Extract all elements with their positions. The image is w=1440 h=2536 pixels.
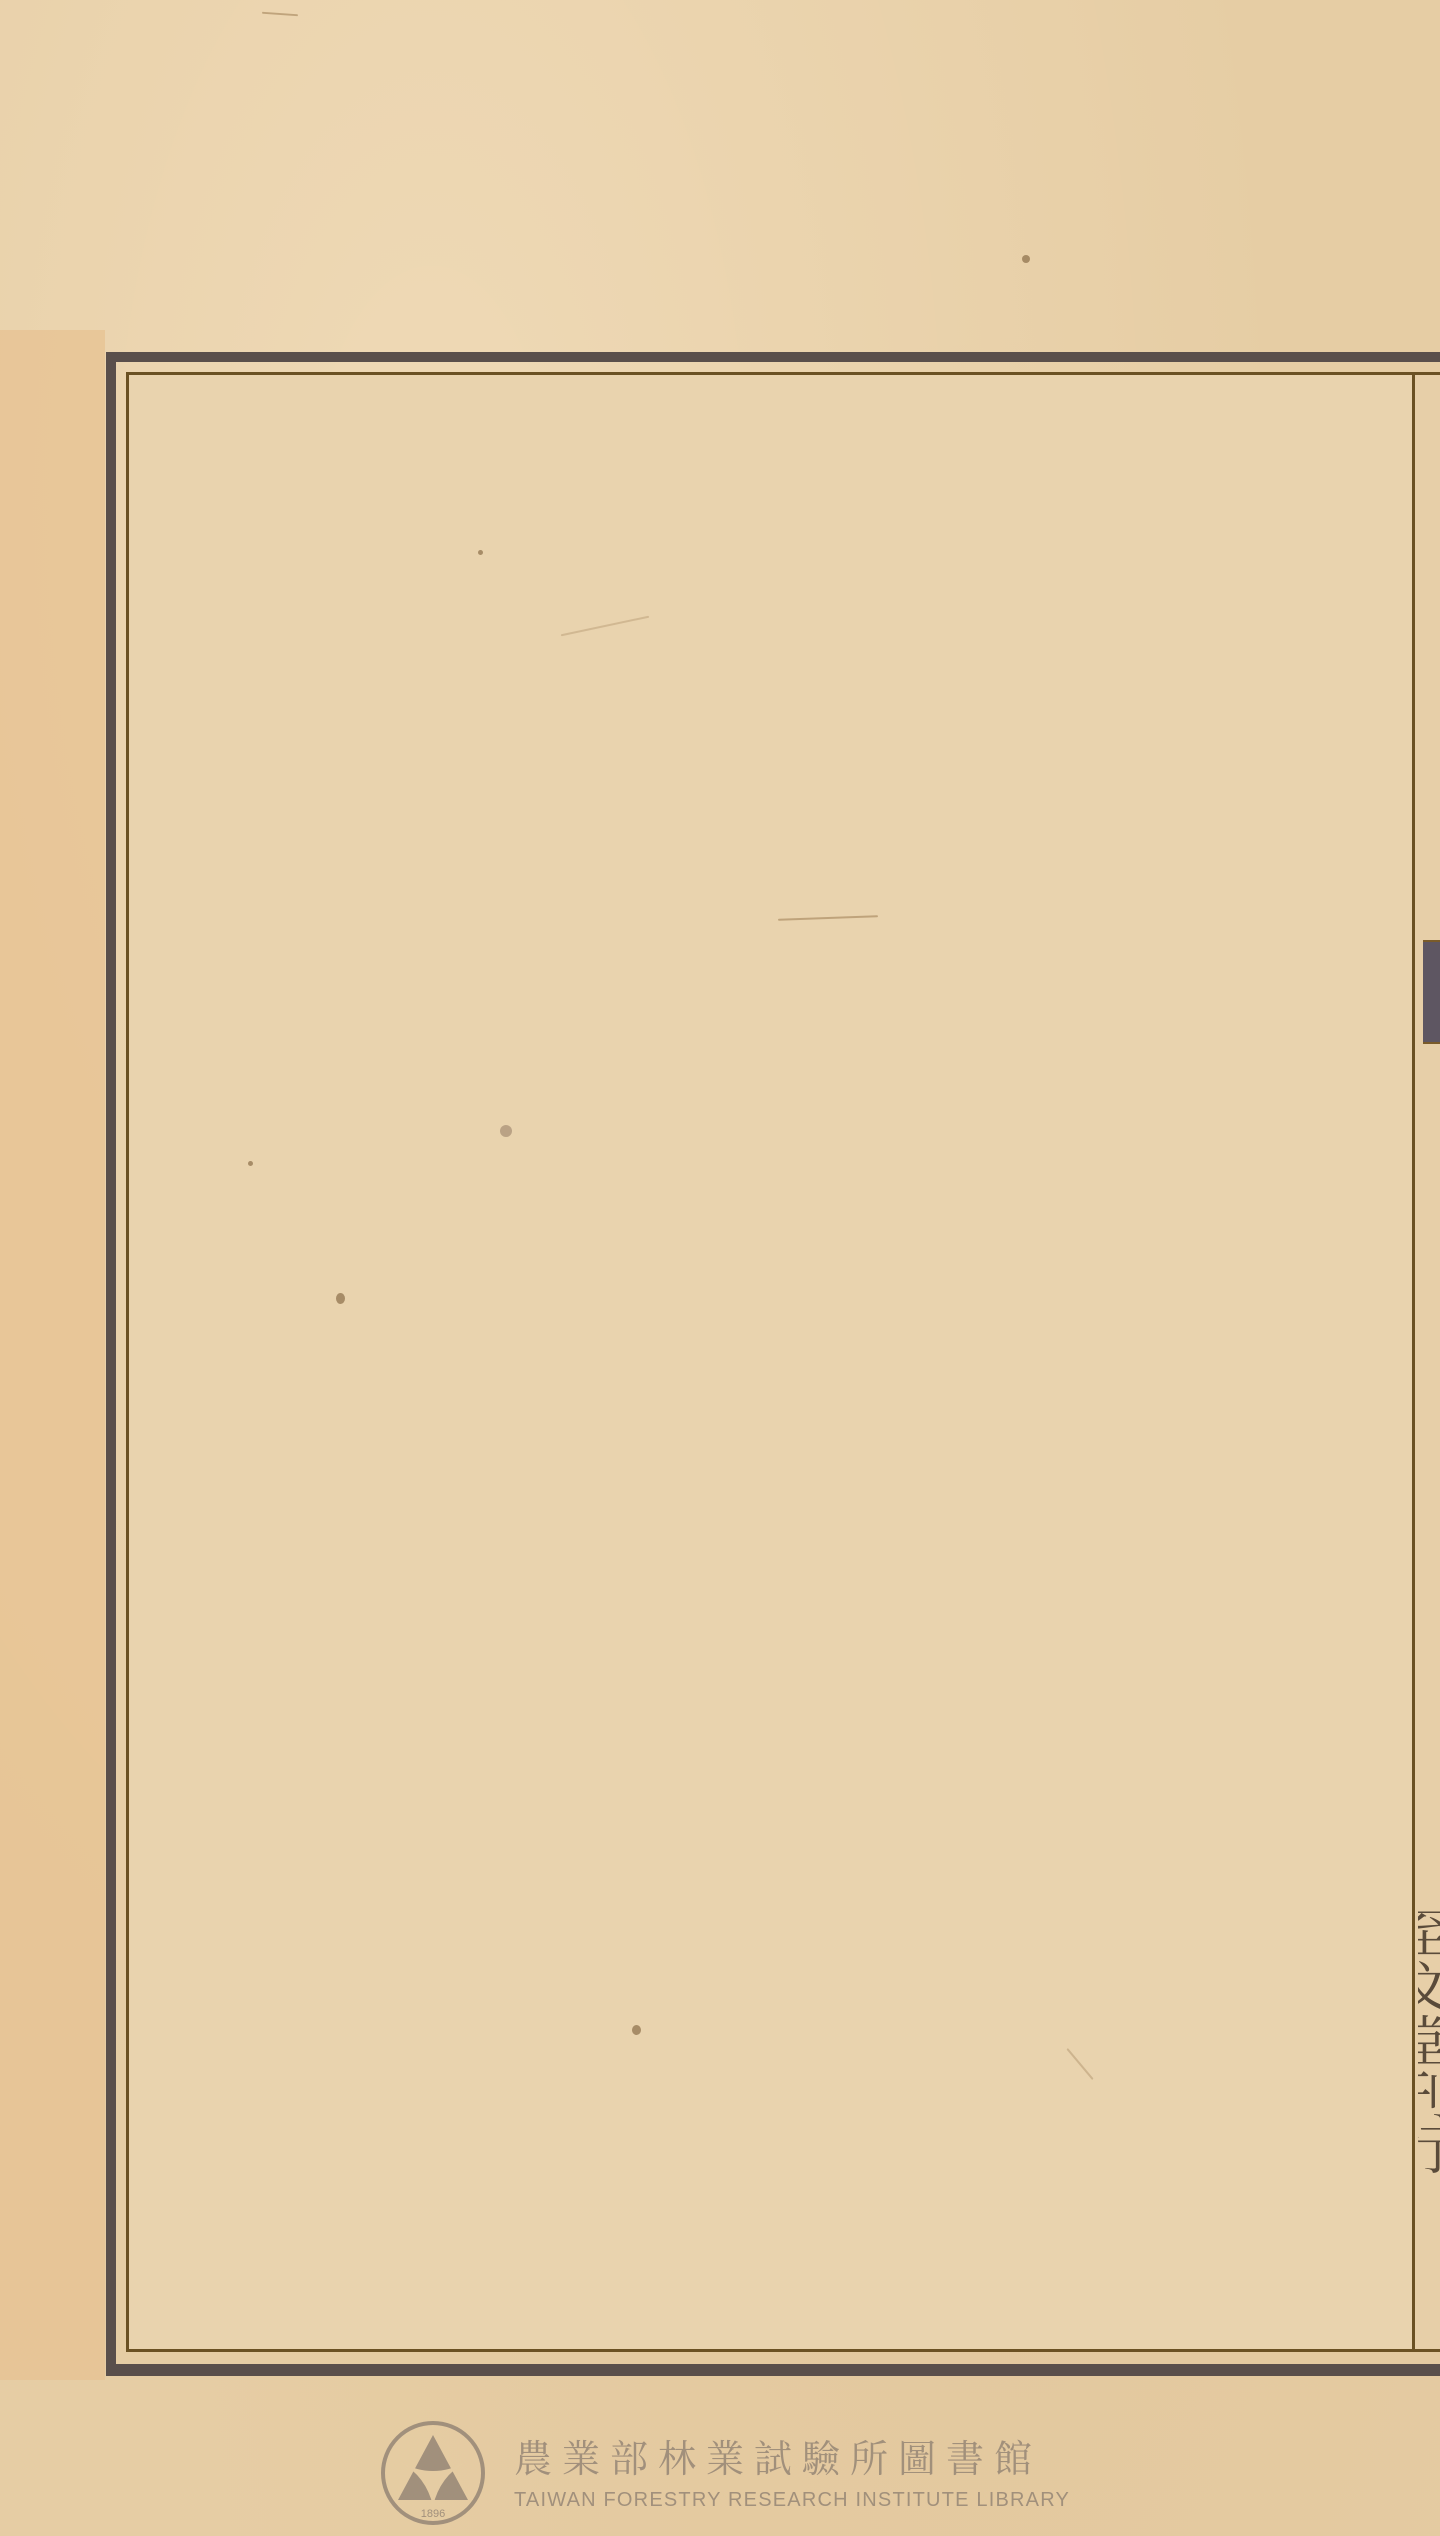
left-page-margin (0, 330, 105, 2380)
adjacent-page-publisher-text: 至文堂刊行 (1418, 1905, 1440, 2325)
paper-speck (336, 1293, 345, 1304)
paper-speck (248, 1161, 253, 1166)
adjacent-page-title-block (1423, 940, 1440, 1044)
library-name-chinese: 農業部林業試驗所圖書館 (514, 2435, 1070, 2483)
library-name-english: TAIWAN FORESTRY RESEARCH INSTITUTE LIBRA… (514, 2489, 1070, 2512)
forestry-triangle-seal-icon: 1896 (378, 2418, 488, 2528)
library-watermark: 1896 農業部林業試驗所圖書館 TAIWAN FORESTRY RESEARC… (378, 2418, 1070, 2528)
svg-text:1896: 1896 (421, 2508, 445, 2520)
paper-speck (632, 2025, 641, 2035)
paper-speck (478, 550, 483, 555)
paper-speck (1022, 255, 1030, 263)
inner-frame-rule (126, 372, 1440, 2352)
paper-speck (500, 1125, 512, 1137)
